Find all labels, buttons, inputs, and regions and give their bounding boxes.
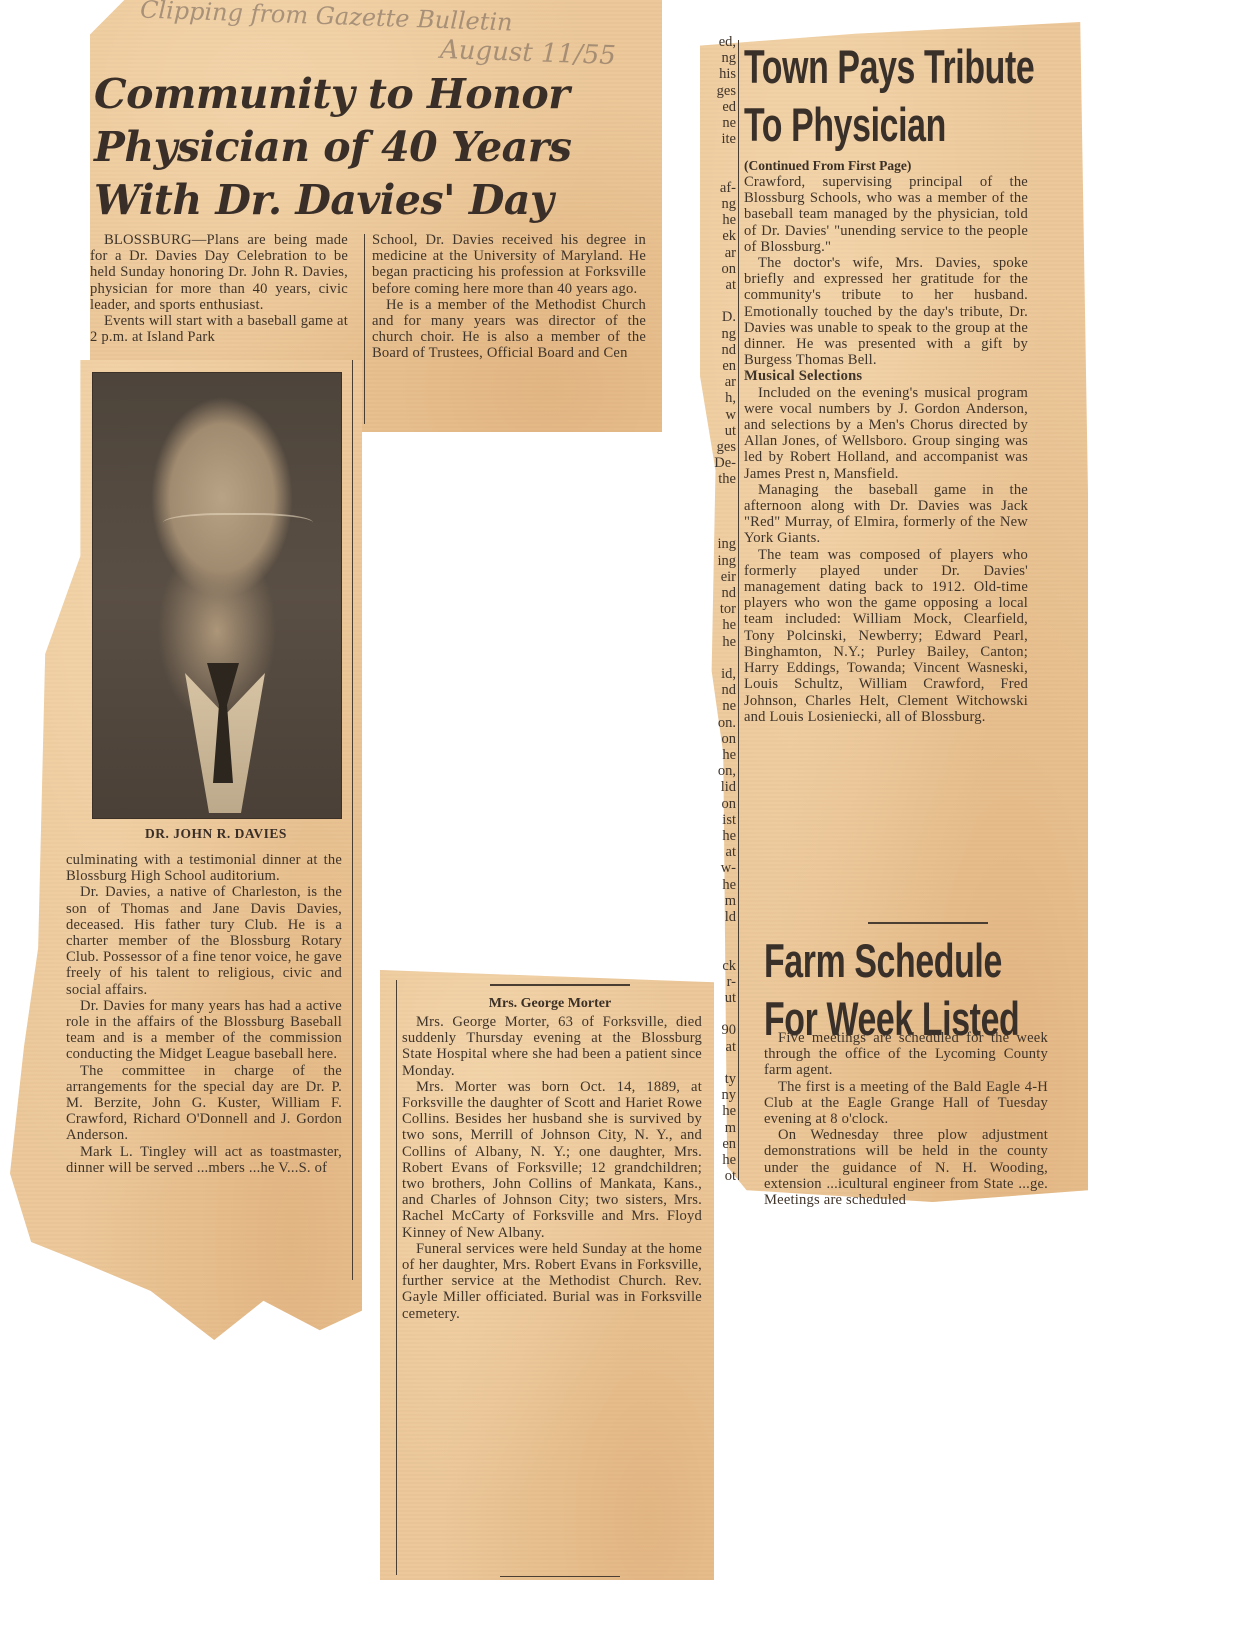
paragraph: The doctor's wife, Mrs. Davies, spoke br… — [744, 255, 1028, 368]
paragraph: Five meetings are scheduled for the week… — [764, 1030, 1048, 1079]
tribute-headline-line: To Physician — [744, 96, 1034, 154]
portrait-photo — [92, 372, 342, 819]
paragraph: Included on the evening's musical progra… — [744, 385, 1028, 482]
main-headline-line: Community to Honor — [94, 68, 654, 121]
obituary-body: Mrs. George Morter, 63 of Forksville, di… — [402, 1014, 702, 1322]
paragraph: Dr. Davies for many years has had a acti… — [66, 998, 342, 1063]
main-article-column-1: BLOSSBURG—Plans are being made for a Dr.… — [90, 232, 348, 345]
paragraph: The first is a meeting of the Bald Eagle… — [764, 1079, 1048, 1128]
paragraph: Crawford, supervising principal of the B… — [744, 174, 1028, 255]
farm-article-body: Five meetings are scheduled for the week… — [764, 1030, 1048, 1208]
main-headline-line: With Dr. Davies' Day — [94, 174, 654, 227]
continued-note: (Continued From First Page) — [744, 158, 911, 174]
article-divider — [500, 1576, 620, 1577]
paragraph: Mark L. Tingley will act as toastmaster,… — [66, 1144, 342, 1176]
paragraph: Funeral services were held Sunday at the… — [402, 1241, 702, 1322]
article-divider — [868, 922, 988, 924]
paragraph: Dr. Davies, a native of Charleston, is t… — [66, 884, 342, 997]
main-headline: Community to Honor Physician of 40 Years… — [94, 68, 654, 227]
obituary-title: Mrs. George Morter — [400, 996, 700, 1012]
paragraph: Mrs. Morter was born Oct. 14, 1889, at F… — [402, 1079, 702, 1241]
tribute-article-body: Crawford, supervising principal of the B… — [744, 174, 1028, 725]
main-headline-line: Physician of 40 Years — [94, 121, 654, 174]
column-rule — [364, 234, 365, 424]
photo-caption: DR. JOHN R. DAVIES — [92, 826, 340, 842]
photo-glasses-detail — [163, 513, 313, 537]
column-rule — [396, 980, 397, 1575]
paragraph: On Wednesday three plow adjustment demon… — [764, 1127, 1048, 1208]
main-article-column-2: School, Dr. Davies received his degree i… — [372, 232, 646, 362]
paragraph: culminating with a testimonial dinner at… — [66, 852, 342, 884]
fragment-text: ed, ng his ges ed ne ite af- ng he ek ar… — [714, 34, 736, 1184]
tribute-headline-line: Town Pays Tribute — [744, 38, 1034, 96]
paragraph: Events will start with a baseball game a… — [90, 313, 348, 345]
paragraph: The committee in charge of the arrangeme… — [66, 1063, 342, 1144]
handwritten-date-note: August 11/55 — [440, 35, 617, 71]
paragraph: School, Dr. Davies received his degree i… — [372, 232, 646, 297]
tribute-headline: Town Pays Tribute To Physician — [744, 38, 1034, 154]
paragraph: The team was composed of players who for… — [744, 547, 1028, 725]
paragraph: He is a member of the Methodist Church a… — [372, 297, 646, 362]
paragraph: Managing the baseball game in the aftern… — [744, 482, 1028, 547]
farm-headline-line: Farm Schedule — [764, 932, 1019, 990]
paragraph: Mrs. George Morter, 63 of Forksville, di… — [402, 1014, 702, 1079]
main-article-column-1-continued: culminating with a testimonial dinner at… — [66, 852, 342, 1176]
column-rule — [738, 40, 739, 1180]
paragraph: BLOSSBURG—Plans are being made for a Dr.… — [90, 232, 348, 313]
column-rule — [352, 360, 353, 1280]
article-divider — [490, 984, 630, 986]
subheading: Musical Selections — [744, 368, 1028, 384]
